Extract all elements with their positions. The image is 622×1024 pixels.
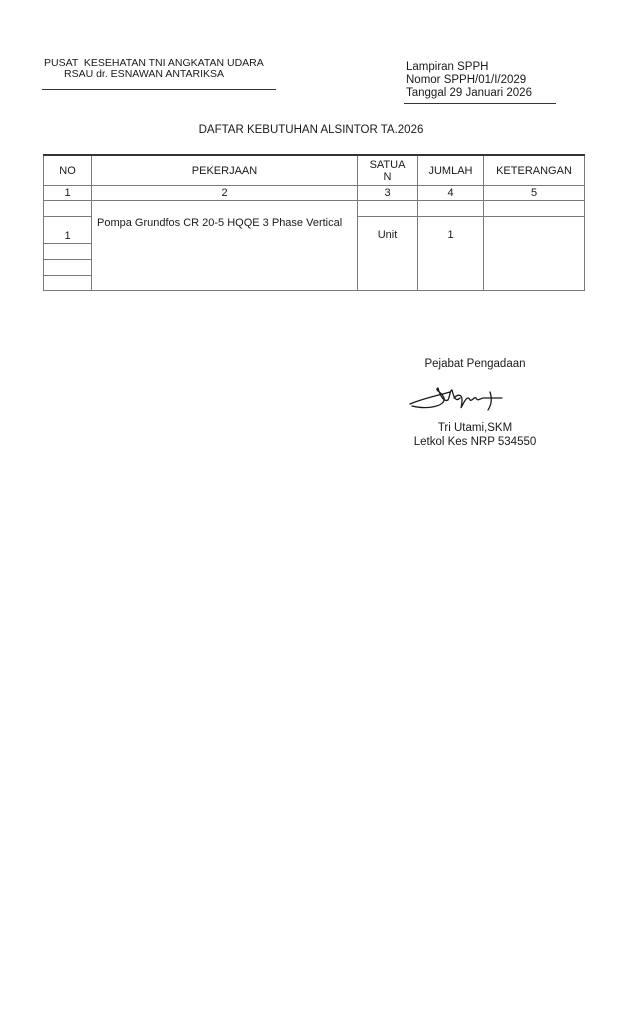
document-date: Tanggal 29 Januari 2026 bbox=[406, 87, 532, 100]
requirements-table: NO PEKERJAAN SATUA N JUMLAH KETERANGAN 1… bbox=[43, 154, 585, 291]
header-keterangan: KETERANGAN bbox=[484, 155, 585, 186]
satuan-spacer bbox=[358, 201, 418, 217]
colnum-2: 2 bbox=[92, 186, 358, 201]
document-title: DAFTAR KEBUTUHAN ALSINTOR TA.2026 bbox=[0, 124, 622, 136]
no-spacer-top bbox=[44, 201, 92, 217]
colnum-5: 5 bbox=[484, 186, 585, 201]
signer-name: Tri Utami,SKM bbox=[390, 421, 560, 435]
signer-block: Tri Utami,SKM Letkol Kes NRP 534550 bbox=[390, 421, 560, 449]
table-header-row: NO PEKERJAAN SATUA N JUMLAH KETERANGAN bbox=[44, 155, 585, 186]
organization-header: PUSAT KESEHATAN TNI ANGKATAN UDARA RSAU … bbox=[44, 58, 264, 80]
header-pekerjaan: PEKERJAAN bbox=[92, 155, 358, 186]
colnum-1: 1 bbox=[44, 186, 92, 201]
no-spacer bbox=[44, 276, 92, 291]
no-spacer bbox=[44, 260, 92, 276]
header-jumlah: JUMLAH bbox=[418, 155, 484, 186]
header-satuan-line1: SATUA bbox=[358, 159, 417, 171]
attachment-label: Lampiran SPPH bbox=[406, 61, 532, 74]
cell-no: 1 bbox=[44, 217, 92, 244]
cell-jumlah: 1 bbox=[418, 217, 484, 291]
signature-role: Pejabat Pengadaan bbox=[400, 358, 550, 370]
no-spacer bbox=[44, 244, 92, 260]
header-no: NO bbox=[44, 155, 92, 186]
jumlah-spacer bbox=[418, 201, 484, 217]
header-satuan-line2: N bbox=[358, 171, 417, 183]
cell-keterangan bbox=[484, 217, 585, 291]
header-satuan: SATUA N bbox=[358, 155, 418, 186]
table-row: Pompa Grundfos CR 20-5 HQQE 3 Phase Vert… bbox=[44, 201, 585, 217]
cell-pekerjaan: Pompa Grundfos CR 20-5 HQQE 3 Phase Vert… bbox=[92, 201, 358, 291]
signer-rank: Letkol Kes NRP 534550 bbox=[390, 435, 560, 449]
column-number-row: 1 2 3 4 5 bbox=[44, 186, 585, 201]
document-number: Nomor SPPH/01/I/2029 bbox=[406, 74, 532, 87]
cell-satuan: Unit bbox=[358, 217, 418, 291]
header-divider bbox=[42, 89, 276, 90]
signature-image bbox=[404, 380, 534, 414]
keterangan-spacer bbox=[484, 201, 585, 217]
colnum-3: 3 bbox=[358, 186, 418, 201]
hospital-name: RSAU dr. ESNAWAN ANTARIKSA bbox=[44, 69, 264, 80]
reference-divider bbox=[404, 103, 556, 104]
colnum-4: 4 bbox=[418, 186, 484, 201]
reference-block: Lampiran SPPH Nomor SPPH/01/I/2029 Tangg… bbox=[406, 61, 532, 100]
